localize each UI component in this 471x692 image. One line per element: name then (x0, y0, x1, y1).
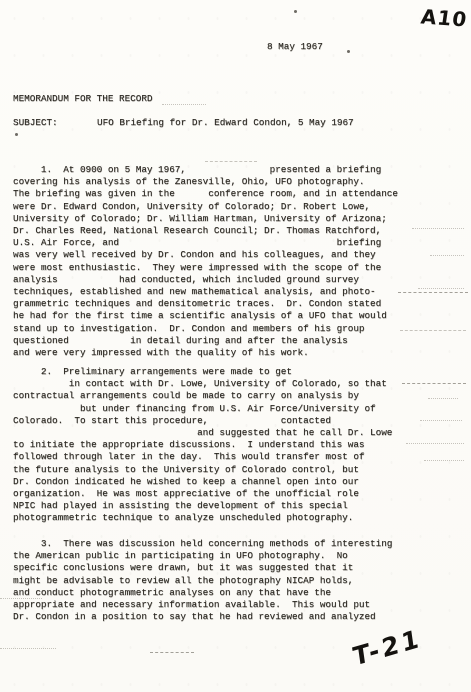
paragraph-3: 3. There was discussion held concerning … (13, 538, 392, 623)
scan-speck (347, 50, 350, 53)
text-line: the American public in participating in … (13, 550, 392, 562)
paragraph-2: 2. Preliminary arrangements were made to… (13, 366, 392, 525)
paragraph-1: 1. At 0900 on 5 May 1967, presented a br… (13, 164, 398, 359)
subject-text: UFO Briefing for Dr. Edward Condon, 5 Ma… (97, 117, 354, 129)
scan-speck (15, 133, 18, 136)
text-line: grammetric techniques and densitometric … (13, 298, 398, 310)
text-line: contractual arrangements could be made t… (13, 390, 392, 402)
text-line: Dr. Charles Reed, National Research Coun… (13, 225, 398, 237)
text-line: in contact with Dr. Lowe, University of … (13, 378, 392, 390)
text-line: but under financing from U.S. Air Force/… (13, 403, 392, 415)
text-line: University of Colorado; Dr. William Hart… (13, 213, 398, 225)
scan-artifact (400, 330, 466, 331)
text-line: and were very impressed with the quality… (13, 347, 398, 359)
subject-label: SUBJECT: (13, 117, 97, 129)
text-line: Colorado. To start this procedure, conta… (13, 415, 392, 427)
text-line: he had for the first time a scientific a… (13, 310, 398, 322)
text-line: U.S. Air Force, and briefing (13, 237, 398, 249)
handwritten-page-mark-a10: A10 (419, 4, 469, 31)
scan-artifact (0, 648, 56, 649)
subject-row: SUBJECT: UFO Briefing for Dr. Edward Con… (13, 117, 354, 129)
scan-artifact (0, 598, 42, 599)
text-line: analysis had conducted, which included g… (13, 274, 398, 286)
scan-artifact (412, 228, 464, 229)
text-line: might be advisable to review all the pho… (13, 575, 392, 587)
scan-artifact (406, 443, 464, 444)
scan-artifact (398, 292, 468, 293)
text-line: 2. Preliminary arrangements were made to… (13, 366, 392, 378)
scan-artifact (205, 161, 257, 162)
text-line: the future analysis to the University of… (13, 464, 392, 476)
text-line: 1. At 0900 on 5 May 1967, presented a br… (13, 164, 398, 176)
text-line: and suggested that he call Dr. Lowe (13, 427, 392, 439)
scan-artifact (424, 460, 464, 461)
document-date: 8 May 1967 (267, 41, 323, 53)
scan-artifact (428, 398, 458, 399)
memorandum-for-record-heading: MEMORANDUM FOR THE RECORD (13, 93, 152, 105)
scanned-memo-page: A10 8 May 1967 MEMORANDUM FOR THE RECORD… (0, 0, 471, 692)
text-line: The briefing was given in the conference… (13, 188, 398, 200)
text-line: organization. He was most appreciative o… (13, 488, 392, 500)
text-line: stand up to investigation. Dr. Condon an… (13, 323, 398, 335)
text-line: questioned in detail during and after th… (13, 335, 398, 347)
scan-artifact (418, 288, 464, 289)
text-line: NPIC had played in assisting the develop… (13, 500, 392, 512)
text-line: followed through later in the day. This … (13, 451, 392, 463)
text-line: was very well received by Dr. Condon and… (13, 249, 398, 261)
text-line: and conduct photogrammetric analyses on … (13, 587, 392, 599)
text-line: were Dr. Edward Condon, University of Co… (13, 201, 398, 213)
scan-artifact (430, 255, 464, 256)
scan-artifact (420, 420, 462, 421)
text-line: to initiate the appropriate discussions.… (13, 439, 392, 451)
scan-artifact (150, 652, 194, 653)
scan-speck (294, 10, 297, 13)
text-line: Dr. Condon in a position to say that he … (13, 611, 392, 623)
handwritten-page-mark-t21: T-21 (351, 623, 423, 671)
text-line: techniques, established and new mathemat… (13, 286, 398, 298)
text-line: photogrammetric technique to analyze uns… (13, 512, 392, 524)
text-line: specific conclusions were drawn, but it … (13, 562, 392, 574)
text-line: were most enthusiastic. They were impres… (13, 262, 398, 274)
text-line: Dr. Condon indicated he wished to keep a… (13, 476, 392, 488)
text-line: covering his analysis of the Zanesville,… (13, 176, 398, 188)
scan-artifact (402, 383, 466, 384)
scan-artifact (162, 104, 206, 105)
text-line: 3. There was discussion held concerning … (13, 538, 392, 550)
text-line: appropriate and necessary information av… (13, 599, 392, 611)
